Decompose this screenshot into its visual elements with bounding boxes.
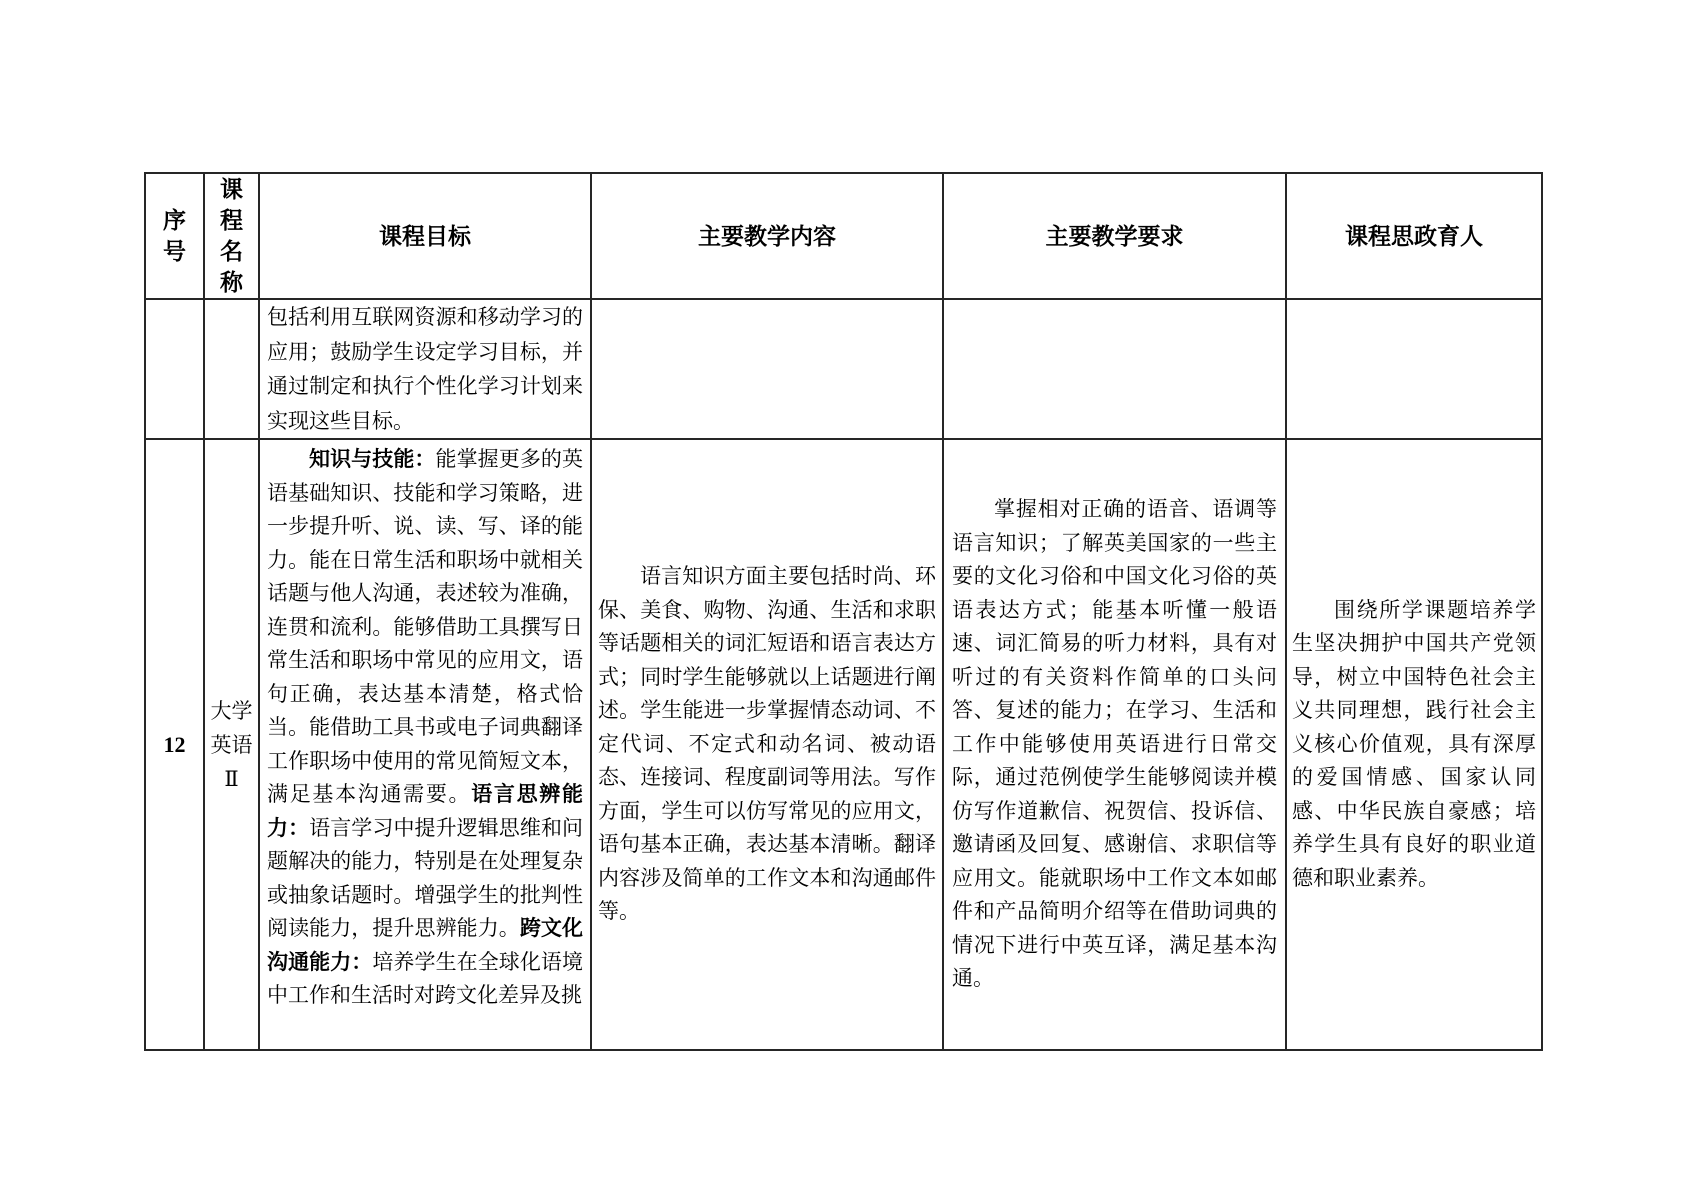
table-row: 包括利用互联网资源和移动学习的应用；鼓励学生设定学习目标，并通过制定和执行个性化…: [145, 299, 1542, 439]
cell-objectives: 包括利用互联网资源和移动学习的应用；鼓励学生设定学习目标，并通过制定和执行个性化…: [259, 299, 591, 439]
cell-seq: 12: [145, 439, 204, 1050]
header-cell-course-name: 课程名称: [204, 173, 259, 299]
teaching-requirements-text: 掌握相对正确的语音、语调等语言知识；了解英美国家的一些主要的文化习俗和中国文化习…: [944, 493, 1285, 996]
cell-teaching-content: 语言知识方面主要包括时尚、环保、美食、购物、沟通、生活和求职等话题相关的词汇短语…: [591, 439, 943, 1050]
cell-seq: [145, 299, 204, 439]
document-page: 序号 课程名称 课程目标 主要教学内容 主要教学要求 课程思政育人 包括利用互联…: [0, 0, 1684, 1191]
table-row: 12 大学英语Ⅱ 知识与技能：能掌握更多的英语基础知识、技能和学习策略，进一步提…: [145, 439, 1542, 1050]
objectives-text: 包括利用互联网资源和移动学习的应用；鼓励学生设定学习目标，并通过制定和执行个性化…: [260, 300, 590, 438]
header-cell-ideology: 课程思政育人: [1286, 173, 1542, 299]
objectives-text: 知识与技能：能掌握更多的英语基础知识、技能和学习策略，进一步提升听、说、读、写、…: [260, 440, 590, 1047]
cell-ideology: [1286, 299, 1542, 439]
ideology-text: 围绕所学课题培养学生坚决拥护中国共产党领导，树立中国特色社会主义共同理想，践行社…: [1287, 594, 1541, 896]
course-syllabus-table: 序号 课程名称 课程目标 主要教学内容 主要教学要求 课程思政育人 包括利用互联…: [144, 172, 1543, 1051]
cell-objectives: 知识与技能：能掌握更多的英语基础知识、技能和学习策略，进一步提升听、说、读、写、…: [259, 439, 591, 1050]
cell-course-name: 大学英语Ⅱ: [204, 439, 259, 1050]
cell-teaching-content: [591, 299, 943, 439]
cell-ideology: 围绕所学课题培养学生坚决拥护中国共产党领导，树立中国特色社会主义共同理想，践行社…: [1286, 439, 1542, 1050]
cell-teaching-requirements: [943, 299, 1286, 439]
cell-teaching-requirements: 掌握相对正确的语音、语调等语言知识；了解英美国家的一些主要的文化习俗和中国文化习…: [943, 439, 1286, 1050]
cell-course-name: [204, 299, 259, 439]
header-cell-objectives: 课程目标: [259, 173, 591, 299]
teaching-content-text: 语言知识方面主要包括时尚、环保、美食、购物、沟通、生活和求职等话题相关的词汇短语…: [592, 560, 942, 929]
header-cell-content: 主要教学内容: [591, 173, 943, 299]
header-cell-seq: 序号: [145, 173, 204, 299]
header-row: 序号 课程名称 课程目标 主要教学内容 主要教学要求 课程思政育人: [145, 173, 1542, 299]
header-cell-requirements: 主要教学要求: [943, 173, 1286, 299]
